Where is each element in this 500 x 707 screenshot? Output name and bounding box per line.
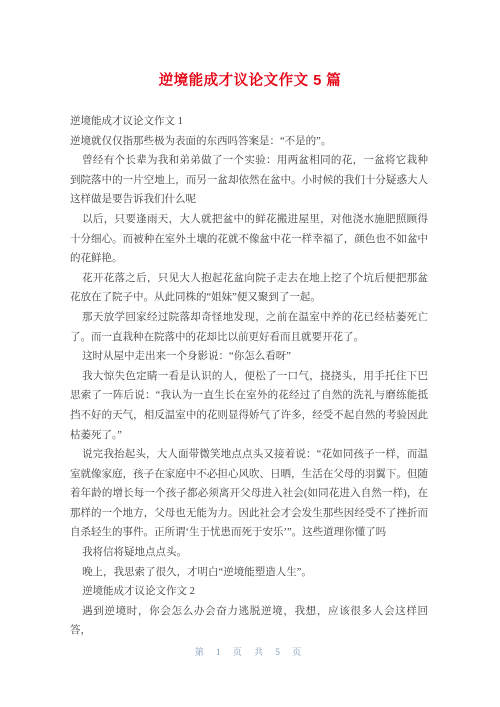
paragraph: 花开花落之后，只见大人抱起花盆向院子走去在地上挖了个坑后便把那盆花放在了院子中。… — [70, 269, 428, 308]
section-heading: 逆境能成才议论文作文 1 — [70, 112, 428, 132]
paragraph: 逆境就仅仅指那些极为表面的东西吗答案是：“不是的”。 — [70, 132, 428, 152]
paragraph: 曾经有个长辈为我和弟弟做了一个实验：用两盆相同的花，一盆将它栽种到院落中的一片空… — [70, 151, 428, 210]
paragraph: 这时从屋中走出来一个身影说：“你怎么看呀” — [70, 347, 428, 367]
paragraph: 说完我抬起头，大人面带微笑地点点头又接着说：“花如同孩子一样，而温室就像家庭，孩… — [70, 445, 428, 543]
paragraph: 遇到逆境时，你会怎么办会奋力逃脱逆境，我想，应该很多人会这样回答， — [70, 602, 428, 641]
section-heading: 逆境能成才议论文作文 2 — [70, 582, 428, 602]
paragraph: 我将信将疑地点点头。 — [70, 543, 428, 563]
paragraph: 那天放学回家经过院落却奇怪地发现，之前在温室中养的花已经枯萎死亡了。而一直栽种在… — [70, 308, 428, 347]
paragraph: 以后，只要逢雨天，大人就把盆中的鲜花搬进屋里，对他浇水施肥照顾得十分细心。而被种… — [70, 210, 428, 269]
document-page: 逆境能成才议论文作文 5 篇 逆境能成才议论文作文 1逆境就仅仅指那些极为表面的… — [0, 0, 500, 707]
doc-content: 逆境能成才议论文作文 1逆境就仅仅指那些极为表面的东西吗答案是：“不是的”。曾经… — [70, 112, 428, 641]
doc-title: 逆境能成才议论文作文 5 篇 — [0, 69, 500, 90]
footer-page-indicator: 第 1 页 共 5 页 — [195, 647, 305, 657]
paragraph: 我大惊失色定睛一看是认识的人，便松了一口气，挠挠头，用手托住下巴思索了一阵后说：… — [70, 367, 428, 445]
paragraph: 晚上，我思索了很久，才明白“逆境能塑造人生”。 — [70, 563, 428, 583]
page-footer: 第 1 页 共 5 页 — [0, 645, 500, 658]
